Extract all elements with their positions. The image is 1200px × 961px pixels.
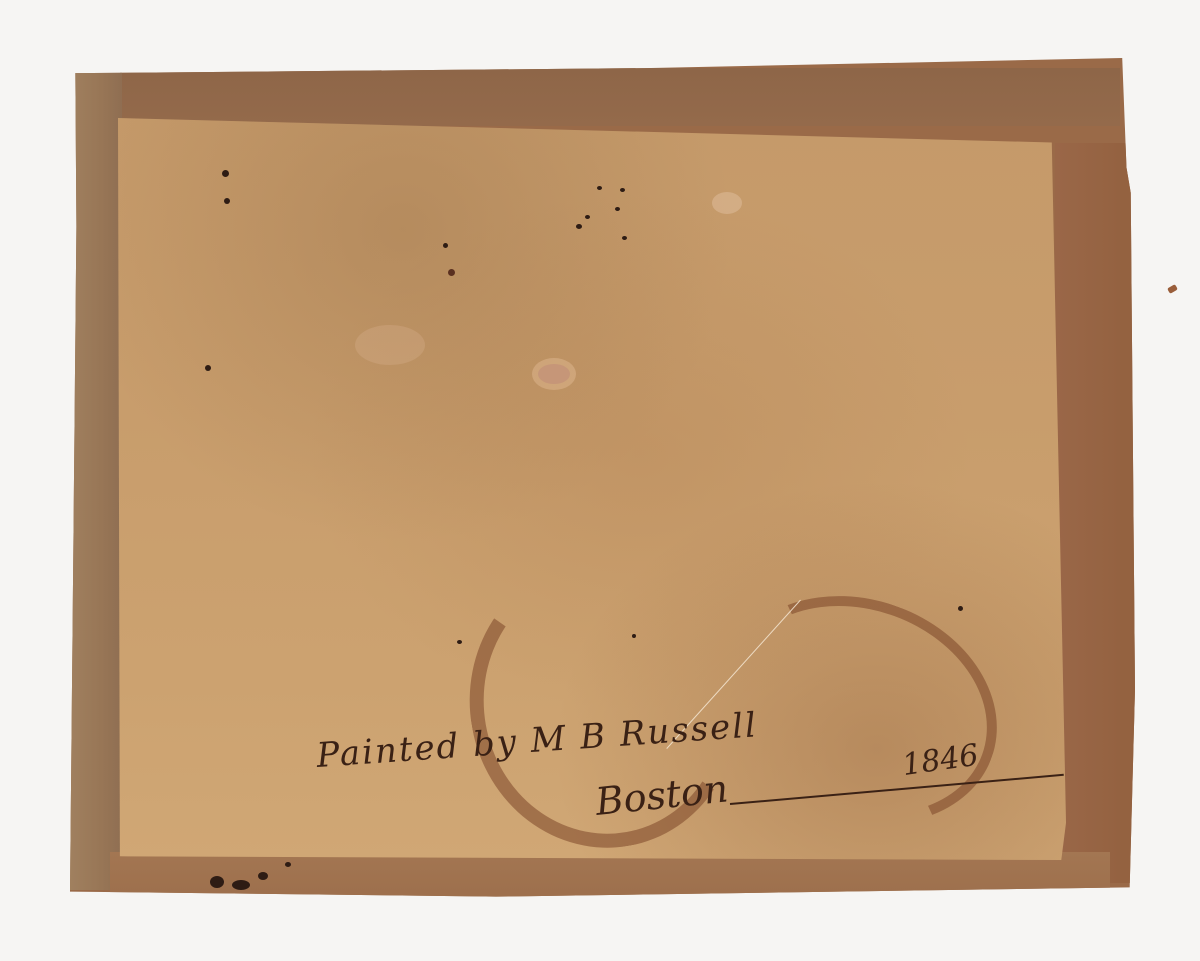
ink-speck [258, 872, 268, 880]
ink-speck [285, 862, 291, 867]
board-top-strip [120, 68, 1120, 126]
water-stain [712, 192, 742, 214]
ink-speck [224, 198, 230, 204]
ink-speck [210, 876, 224, 888]
ink-speck [205, 365, 211, 371]
ink-speck [958, 606, 963, 611]
ink-speck [597, 186, 602, 190]
ink-speck [443, 243, 448, 248]
board-fragment [1167, 284, 1178, 294]
ink-speck [585, 215, 590, 219]
ink-speck [576, 224, 582, 229]
ink-speck [222, 170, 229, 177]
water-stain [355, 325, 425, 365]
ink-speck [620, 188, 625, 192]
ink-speck [622, 236, 627, 240]
ink-speck [615, 207, 620, 211]
board-right-strip [1055, 143, 1135, 883]
ink-speck [457, 640, 462, 644]
water-stain [538, 364, 570, 384]
ink-speck [232, 880, 250, 890]
board-left-strip [70, 70, 122, 890]
ink-speck [448, 269, 455, 276]
